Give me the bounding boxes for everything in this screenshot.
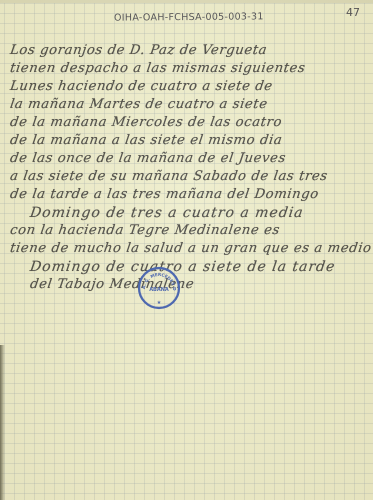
document-page: OIHA-OAH-FCHSA-005-003-31 47 Los goranjo… (0, 0, 373, 500)
manuscript-line: de la mañana Miercoles de las ocatro (9, 114, 368, 132)
manuscript-line: Los goranjos de D. Paz de Vergueta (9, 42, 368, 60)
folio-number: 47 (346, 6, 360, 19)
manuscript-line: a las siete de su mañana Sabado de las t… (9, 168, 368, 186)
manuscript-line: del Tabajo Medinalene (9, 276, 368, 294)
handwritten-text-block: Los goranjos de D. Paz de Vergueta tiene… (10, 42, 366, 294)
archive-stamp-icon: A. G. MERCEDES DE SALINAS ABANA ★ (137, 266, 181, 310)
manuscript-line: la mañana Martes de cuatro a siete (9, 96, 368, 114)
manuscript-line: de la mañana a las siete el mismo dia (9, 132, 368, 150)
manuscript-line: Domingo de cuatro a siete de la tarde (9, 258, 368, 276)
manuscript-line: de las once de la mañana de el Jueves (9, 150, 368, 168)
svg-text:★: ★ (157, 300, 162, 306)
stamp-center-text: ABANA (149, 287, 169, 293)
manuscript-line: Domingo de tres a cuatro a media (9, 204, 368, 222)
archive-reference-id: OIHA-OAH-FCHSA-005-003-31 (114, 11, 264, 23)
manuscript-line: de la tarde a las tres mañana del Doming… (9, 186, 368, 204)
page-edge-shadow (0, 345, 5, 500)
manuscript-line: Lunes haciendo de cuatro a siete de (9, 78, 368, 96)
manuscript-line: con la hacienda Tegre Medinalene es (9, 222, 368, 240)
page-top-edge (0, 0, 373, 3)
manuscript-line: tiene de mucho la salud a un gran que es… (9, 240, 368, 258)
manuscript-line: tienen despacho a las mismas siguientes (9, 60, 368, 78)
